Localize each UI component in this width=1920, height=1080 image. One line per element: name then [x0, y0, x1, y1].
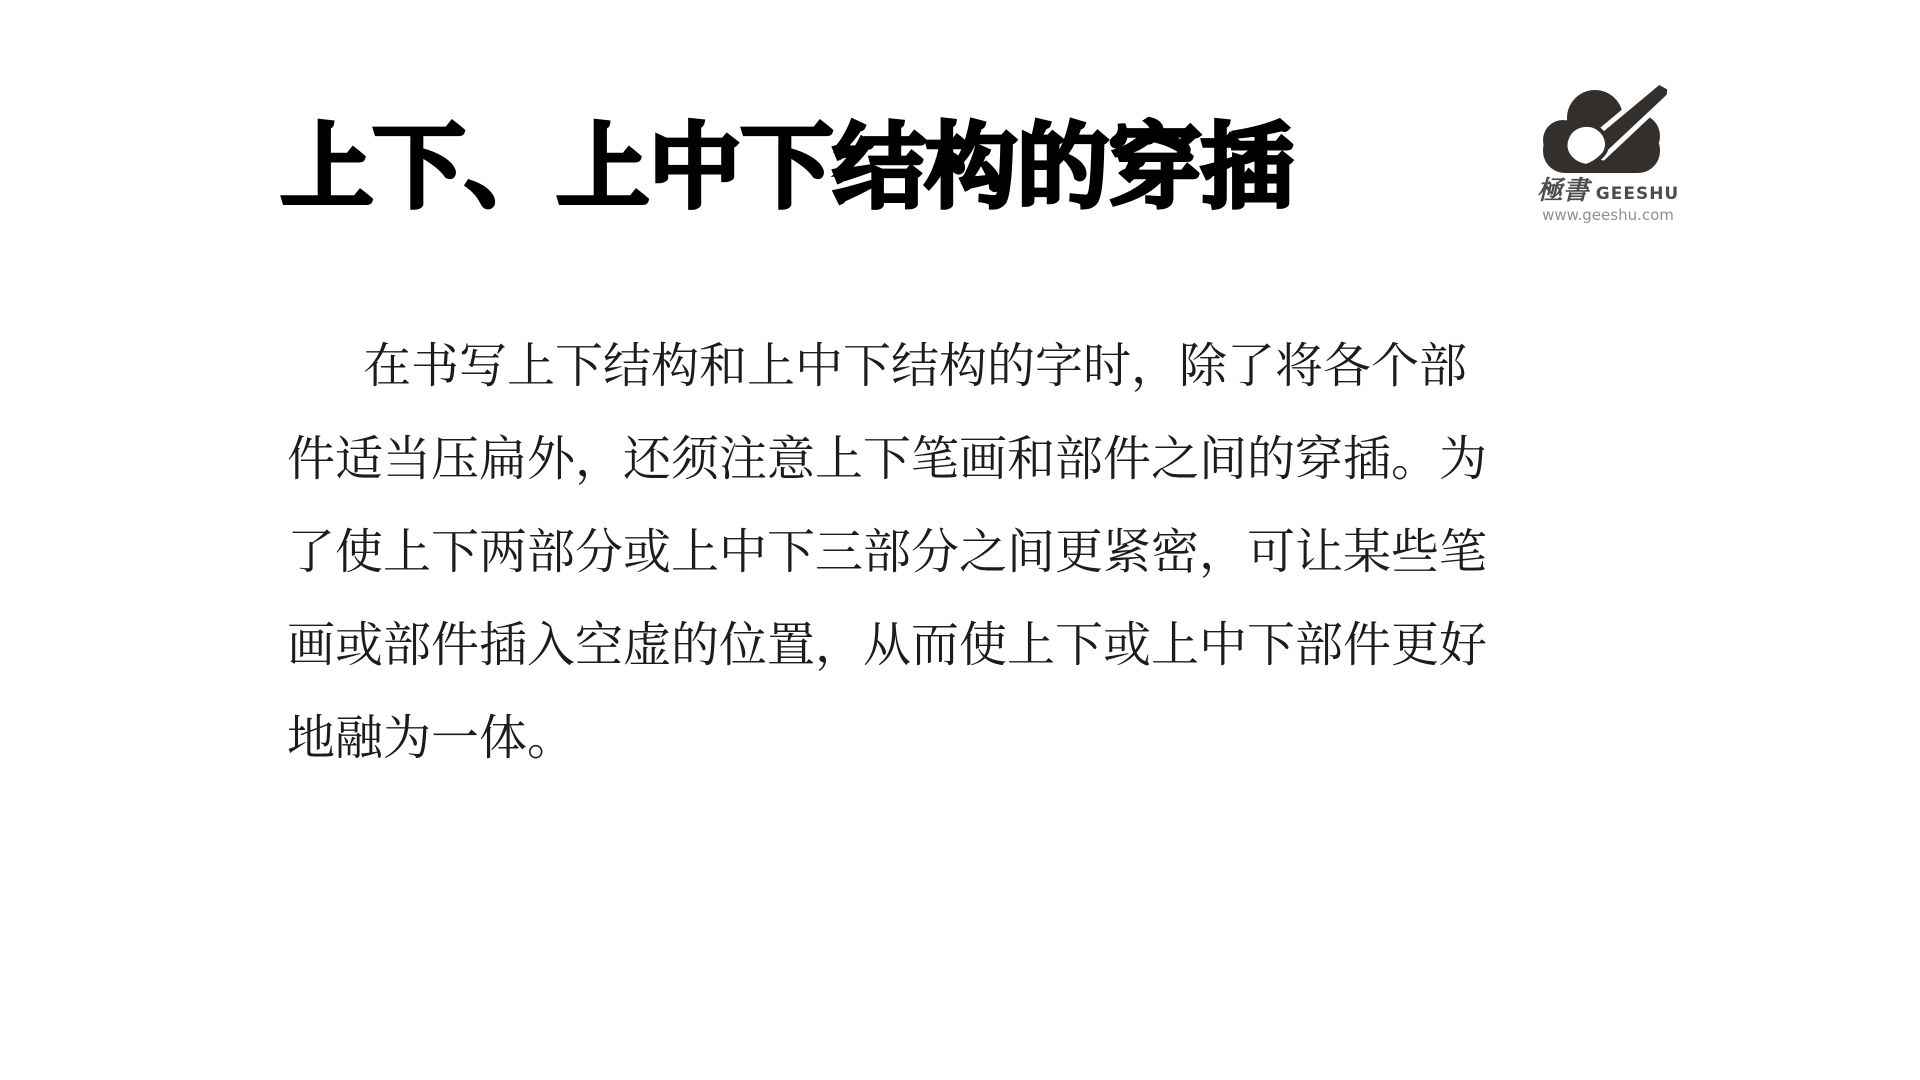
logo-brand-cn: 極書 [1537, 178, 1589, 204]
logo-brand: 極書 GEESHU [1532, 178, 1684, 204]
body-paragraph: 在书写上下结构和上中下结构的字时，除了将各个部 件适当压扁外，还须注意上下笔画和… [287, 320, 1507, 785]
cloud-paintbrush-icon [1532, 78, 1684, 178]
logo-brand-en: GEESHU [1596, 186, 1679, 203]
logo-website: www.geeshu.com [1532, 207, 1684, 224]
body-line: 在书写上下结构和上中下结构的字时，除了将各个部 [287, 320, 1507, 413]
body-line: 件适当压扁外，还须注意上下笔画和部件之间的穿插。为 [287, 413, 1507, 506]
slide-canvas: 上下、上中下结构的穿插 極書 GEESHU www.geeshu.com [0, 0, 1920, 1080]
body-line: 地融为一体。 [287, 692, 1507, 785]
geeshu-logo: 極書 GEESHU www.geeshu.com [1532, 78, 1684, 224]
body-line: 了使上下两部分或上中下三部分之间更紧密，可让某些笔 [287, 506, 1507, 599]
slide-title: 上下、上中下结构的穿插 [281, 120, 1293, 217]
body-line: 画或部件插入空虚的位置，从而使上下或上中下部件更好 [287, 599, 1507, 692]
